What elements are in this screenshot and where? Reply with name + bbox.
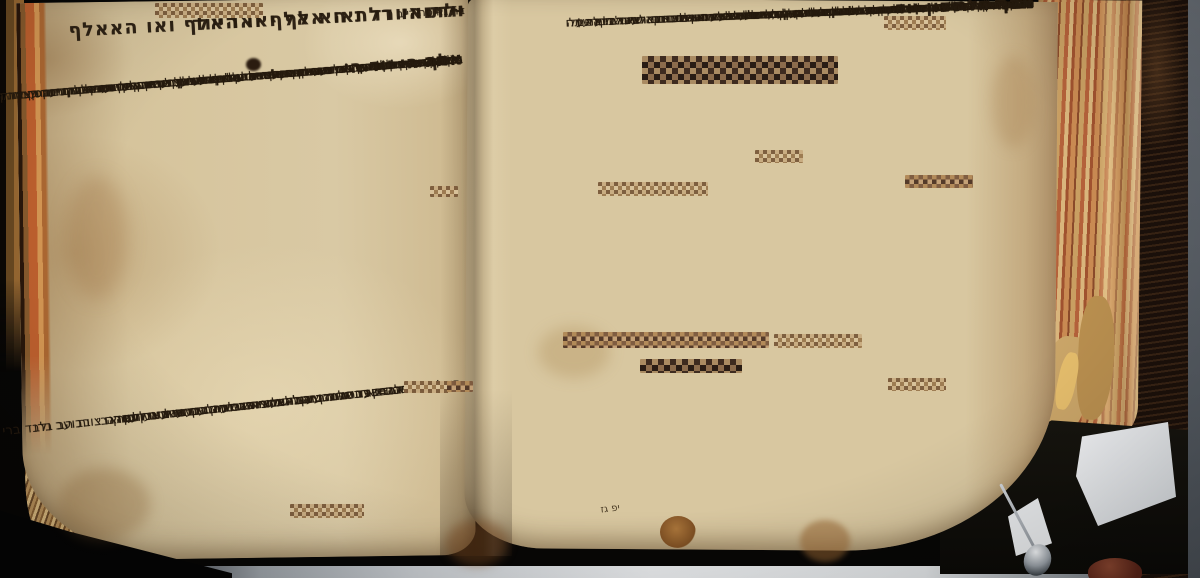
stain [66,176,128,300]
manuscript-photo: ולת היורד ואו אלף ואו הייוד ~ יו ד̇יוד ו… [0,0,1200,578]
stain [58,468,150,540]
gutter-fold [440,0,512,556]
stain [660,516,696,548]
stain [446,520,508,566]
stain [538,326,610,378]
fingertip [1088,558,1142,578]
red-stained-edge [16,3,52,455]
script-segment: בת ֗גא סה דיוב [396,0,465,28]
stain [800,520,850,562]
right-gray-border [1186,0,1200,578]
stain [992,56,1034,148]
ink-blot [246,58,261,71]
right-page [464,0,1058,552]
